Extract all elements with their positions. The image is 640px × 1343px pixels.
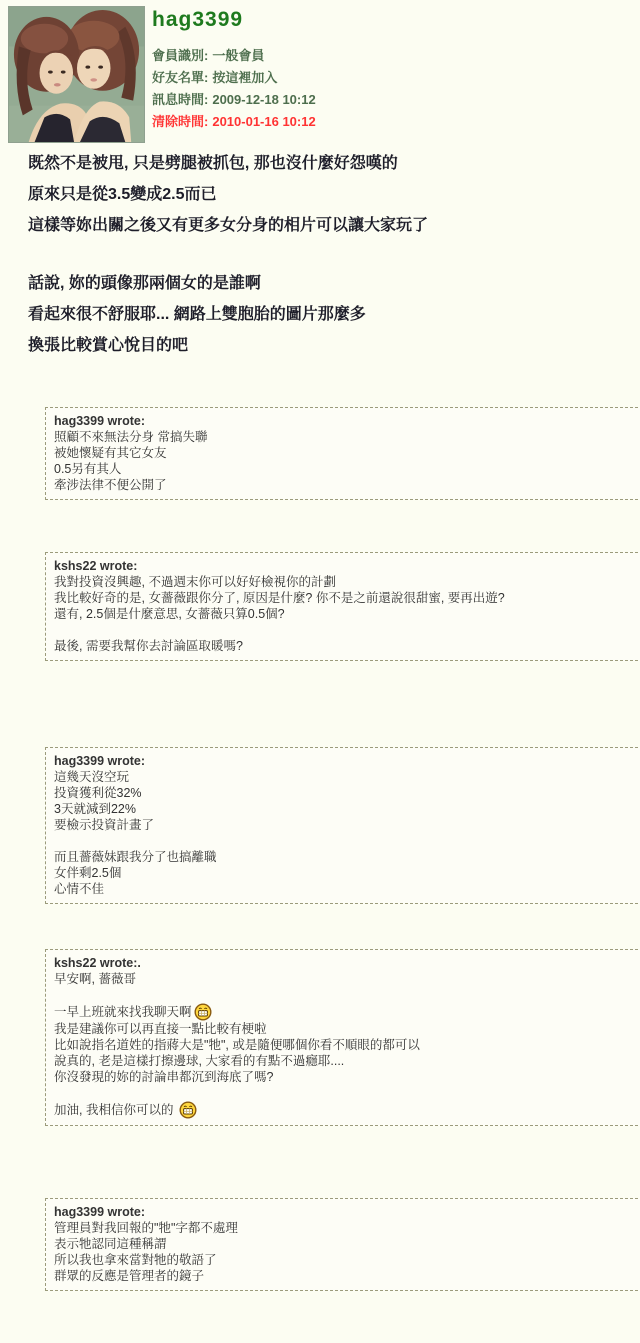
quote-block-kshs22-1: kshs22 wrote: 我對投資沒興趣, 不過週末你可以好好檢視你的計劃 我… <box>45 552 640 661</box>
quote-blank-line <box>54 1085 640 1101</box>
quote-blank-line <box>54 622 640 638</box>
quote-line: 一早上班就來找我聊天啊 <box>54 1005 192 1019</box>
quote-line: 0.5另有其人 <box>54 461 640 477</box>
quote-line: 還有, 2.5個是什麼意思, 女薔薇只算0.5個? <box>54 606 640 622</box>
quote-blank-line <box>54 833 640 849</box>
member-type-value: 一般會員 <box>212 48 264 63</box>
quote-line: 加油, 我相信你可以的 <box>54 1103 173 1117</box>
quote-blank-line <box>54 987 640 1003</box>
quote-line: 心情不佳 <box>54 881 640 897</box>
quote-line: 比如說指名道姓的指蔣大是"牠", 或是隨便哪個你看不順眼的都可以 <box>54 1037 640 1053</box>
post-line: 既然不是被甩, 只是劈腿被抓包, 那也沒什麼好怨嘆的 <box>28 148 428 179</box>
post-line: 話說, 妳的頭像那兩個女的是誰啊 <box>28 268 366 299</box>
message-time-value: 2009-12-18 10:12 <box>212 92 315 107</box>
quote-line: 我對投資沒興趣, 不過週末你可以好好檢視你的計劃 <box>54 574 640 590</box>
page-title-username: hag3399 <box>152 8 243 32</box>
quote-line: 表示牠認同這種稱謂 <box>54 1236 640 1252</box>
quote-line: 最後, 需要我幫你去討論區取暖嗎? <box>54 638 640 654</box>
grin-teeth-smiley-icon <box>179 1101 197 1119</box>
quote-line: 3天就減到22% <box>54 801 640 817</box>
quote-block-kshs22-2: kshs22 wrote:. 早安啊, 薔薇哥 一早上班就來找我聊天啊 我是建議… <box>45 949 640 1126</box>
quote-line: 照顧不來無法分身 常搞失聯 <box>54 429 640 445</box>
quote-block-hag3399-3: hag3399 wrote: 管理員對我回報的"牠"字都不處理 表示牠認同這種稱… <box>45 1198 640 1291</box>
quote-line: 要檢示投資計畫了 <box>54 817 640 833</box>
quote-line: 我是建議你可以再直接一點比較有梗啦 <box>54 1021 640 1037</box>
quote-author: hag3399 wrote: <box>54 1204 640 1220</box>
post-paragraph-1: 既然不是被甩, 只是劈腿被抓包, 那也沒什麼好怨嘆的 原來只是從3.5變成2.5… <box>28 148 428 241</box>
quote-author: kshs22 wrote: <box>54 558 640 574</box>
quote-line: 所以我也拿來當對牠的敬語了 <box>54 1252 640 1268</box>
quote-line: 你沒發現的妳的討論串都沉到海底了嗎? <box>54 1069 640 1085</box>
quote-line: 我比較好奇的是, 女薔薇跟你分了, 原因是什麼? 你不是之前還說很甜蜜, 要再出… <box>54 590 640 606</box>
quote-line: 投資獲利從32% <box>54 785 640 801</box>
message-time-label: 訊息時間: <box>152 92 208 107</box>
quote-line-with-emoticon: 加油, 我相信你可以的 <box>54 1101 640 1119</box>
quote-line: 管理員對我回報的"牠"字都不處理 <box>54 1220 640 1236</box>
quote-line: 而且薔薇妹跟我分了也搞離職 <box>54 849 640 865</box>
quote-line: 被她懷疑有其它女友 <box>54 445 640 461</box>
quote-line: 女伴剩2.5個 <box>54 865 640 881</box>
friend-list-row: 好友名單:按這裡加入 <box>152 67 316 89</box>
quote-author: kshs22 wrote:. <box>54 955 640 971</box>
quote-line: 早安啊, 薔薇哥 <box>54 971 640 987</box>
quote-author: hag3399 wrote: <box>54 413 640 429</box>
clear-time-value: 2010-01-16 10:12 <box>212 114 315 129</box>
quote-line-with-emoticon: 一早上班就來找我聊天啊 <box>54 1003 640 1021</box>
quote-line: 群眾的反應是管理者的鏡子 <box>54 1268 640 1284</box>
post-line: 看起來很不舒服耶... 網路上雙胞胎的圖片那麼多 <box>28 299 366 330</box>
member-type-label: 會員識別: <box>152 48 208 63</box>
quote-block-hag3399-1: hag3399 wrote: 照顧不來無法分身 常搞失聯 被她懷疑有其它女友 0… <box>45 407 640 500</box>
quote-author: hag3399 wrote: <box>54 753 640 769</box>
quote-line: 這幾天沒空玩 <box>54 769 640 785</box>
user-avatar <box>8 6 145 143</box>
grin-teeth-smiley-icon <box>194 1003 212 1021</box>
friend-list-label: 好友名單: <box>152 70 208 85</box>
quote-line: 說真的, 老是這樣打擦邊球, 大家看的有點不過癮耶.... <box>54 1053 640 1069</box>
quote-block-hag3399-2: hag3399 wrote: 這幾天沒空玩 投資獲利從32% 3天就減到22% … <box>45 747 640 904</box>
quote-line: 牽涉法律不便公開了 <box>54 477 640 493</box>
message-time-row: 訊息時間:2009-12-18 10:12 <box>152 89 316 111</box>
friend-list-add-link[interactable]: 按這裡加入 <box>212 70 277 85</box>
clear-time-label: 清除時間: <box>152 114 208 129</box>
post-paragraph-2: 話說, 妳的頭像那兩個女的是誰啊 看起來很不舒服耶... 網路上雙胞胎的圖片那麼… <box>28 268 366 361</box>
clear-time-row: 清除時間:2010-01-16 10:12 <box>152 111 316 133</box>
post-line: 這樣等妳出關之後又有更多女分身的相片可以讓大家玩了 <box>28 210 428 241</box>
member-type-row: 會員識別:一般會員 <box>152 45 316 67</box>
post-line: 原來只是從3.5變成2.5而已 <box>28 179 428 210</box>
twin-girls-photo-icon <box>9 7 144 142</box>
profile-info: 會員識別:一般會員 好友名單:按這裡加入 訊息時間:2009-12-18 10:… <box>152 45 316 133</box>
post-line: 換張比較賞心悅目的吧 <box>28 330 366 361</box>
